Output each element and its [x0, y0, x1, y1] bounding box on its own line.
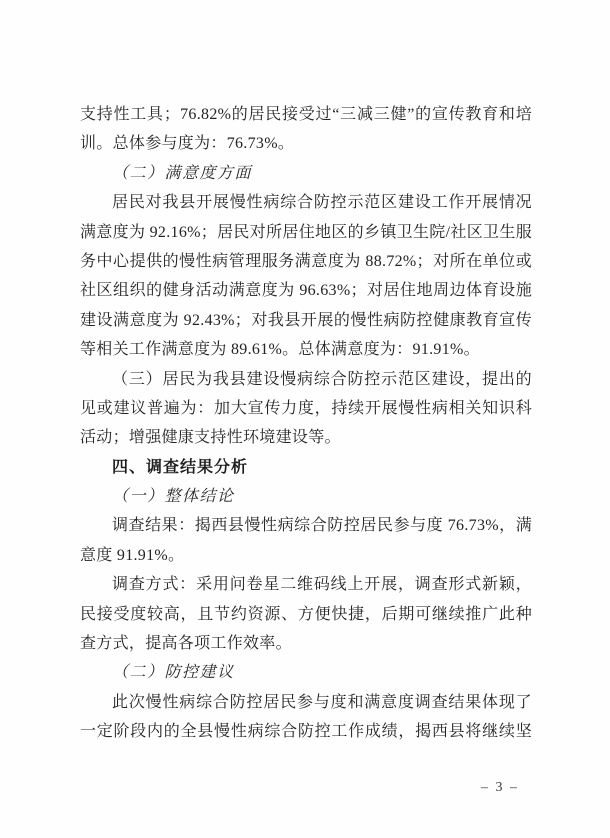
text-line: 民接受度较高，且节约资源、方便快捷，后期可继续推广此种调	[80, 600, 532, 629]
text-line: 社区组织的健身活动满意度为 96.63%；对居住地周边体育设施	[80, 276, 532, 305]
text-line: 务中心提供的慢性病管理服务满意度为 88.72%；对所在单位或	[80, 247, 532, 276]
text-line: 调查方式：采用问卷星二维码线上开展，调查形式新颖，居	[80, 570, 532, 599]
document-page: 支持性工具；76.82%的居民接受过“三减三健”的宣传教育和培 训。总体参与度为…	[0, 0, 610, 838]
subsection-heading-satisfaction: （二）满意度方面	[80, 159, 532, 188]
text-line: 一定阶段内的全县慢性病综合防控工作成绩，揭西县将继续坚持	[80, 717, 532, 746]
section-heading-survey-analysis: 四、调查结果分析	[80, 453, 532, 482]
text-line: 见或建议普遍为：加大宣传力度，持续开展慢性病相关知识科普	[80, 394, 532, 423]
document-body: 支持性工具；76.82%的居民接受过“三减三健”的宣传教育和培 训。总体参与度为…	[80, 100, 532, 747]
text-line: 支持性工具；76.82%的居民接受过“三减三健”的宣传教育和培	[80, 100, 532, 129]
text-line: 查方式，提高各项工作效率。	[80, 629, 532, 658]
text-line: 训。总体参与度为：76.73%。	[80, 129, 532, 158]
text-line: 居民对我县开展慢性病综合防控示范区建设工作开展情况	[80, 188, 532, 217]
text-line: 活动；增强健康支持性环境建设等。	[80, 423, 532, 452]
subsection-heading-prevention-suggestions: （二）防控建议	[80, 658, 532, 687]
text-line: （三）居民为我县建设慢病综合防控示范区建设，提出的意	[80, 365, 532, 394]
text-line: 满意度为 92.16%；居民对所居住地区的乡镇卫生院/社区卫生服	[80, 218, 532, 247]
subsection-heading-overall-conclusion: （一）整体结论	[80, 482, 532, 511]
text-line: 等相关工作满意度为 89.61%。总体满意度为：91.91%。	[80, 335, 532, 364]
text-line: 调查结果：揭西县慢性病综合防控居民参与度 76.73%，满	[80, 511, 532, 540]
text-line: 建设满意度为 92.43%；对我县开展的慢性病防控健康教育宣传	[80, 306, 532, 335]
text-line: 此次慢性病综合防控居民参与度和满意度调查结果体现了	[80, 688, 532, 717]
page-number: – 3 –	[462, 780, 538, 796]
text-line: 意度 91.91%。	[80, 541, 532, 570]
